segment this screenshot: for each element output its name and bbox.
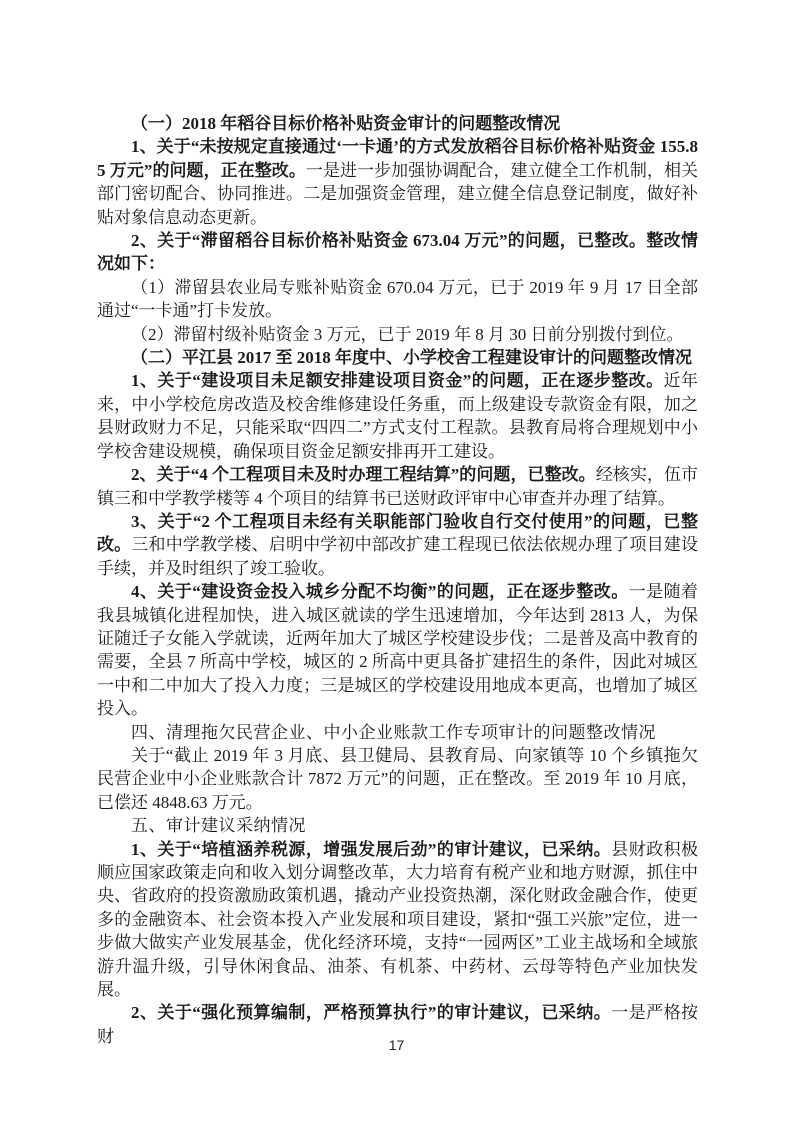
- text-segment: 县财政积极顺应国家政策走向和收入划分调整改革，大力培育有税产业和地方财源，抓住中…: [97, 840, 698, 999]
- text-segment: 一是随着我县城镇化进程加快，进入城区就读的学生迅速增加，今年达到 2813 人，…: [97, 582, 698, 718]
- paragraph-section-1-item-1: 1、关于“未按规定直接通过‘一卡通’的方式发放稻谷目标价格补贴资金 155.85…: [97, 135, 698, 229]
- paragraph-section-5-item-1: 1、关于“培植涵养税源，增强发展后劲”的审计建议，已采纳。县财政积极顺应国家政策…: [97, 838, 698, 1002]
- paragraph-section-2-item-2: 2、关于“4 个工程项目未及时办理工程结算”的问题，已整改。经核实，伍市镇三和中…: [97, 463, 698, 510]
- paragraph-section-2-item-4: 4、关于“建设资金投入城乡分配不均衡”的问题，正在逐步整改。一是随着我县城镇化进…: [97, 580, 698, 720]
- text-segment: （一）2018 年稻谷目标价格补贴资金审计的问题整改情况: [131, 114, 560, 133]
- paragraph-section-2-heading: （二）平江县 2017 至 2018 年度中、小学校舍工程建设审计的问题整改情况: [97, 346, 698, 369]
- text-segment: 2、关于“强化预算编制，严格预算执行”的审计建议，已采纳。: [131, 1003, 611, 1022]
- text-segment: 1、关于“培植涵养税源，增强发展后劲”的审计建议，已采纳。: [131, 840, 611, 859]
- text-segment: 2、关于“滞留稻谷目标价格补贴资金 673.04 万元”的问题，已整改。整改情况…: [97, 231, 698, 273]
- page-number: 17: [0, 1037, 793, 1053]
- paragraph-section-1-item-2-sub-1: （1）滞留县农业局专账补贴资金 670.04 万元，已于 2019 年 9 月 …: [97, 276, 698, 323]
- text-segment: （二）平江县 2017 至 2018 年度中、小学校舍工程建设审计的问题整改情况: [131, 348, 692, 367]
- text-segment: （1）滞留县农业局专账补贴资金 670.04 万元，已于 2019 年 9 月 …: [97, 278, 698, 320]
- text-segment: 五、审计建议采纳情况: [131, 816, 306, 835]
- document-page: （一）2018 年稻谷目标价格补贴资金审计的问题整改情况1、关于“未按规定直接通…: [0, 0, 793, 1122]
- text-segment: 四、清理拖欠民营企业、中小企业账款工作专项审计的问题整改情况: [131, 723, 656, 742]
- text-segment: 1、关于“建设项目未足额安排建设项目资金”的问题，正在逐步整改。: [131, 371, 664, 390]
- text-segment: 4、关于“建设资金投入城乡分配不均衡”的问题，正在逐步整改。: [131, 582, 629, 601]
- paragraph-section-1-heading: （一）2018 年稻谷目标价格补贴资金审计的问题整改情况: [97, 112, 698, 135]
- text-segment: 三和中学教学楼、启明中学初中部改扩建工程现已依法依规办理了项目建设手续，并及时组…: [97, 535, 698, 577]
- paragraph-section-1-item-2: 2、关于“滞留稻谷目标价格补贴资金 673.04 万元”的问题，已整改。整改情况…: [97, 229, 698, 276]
- text-segment: （2）滞留村级补贴资金 3 万元，已于 2019 年 8 月 30 日前分别拨付…: [131, 325, 684, 344]
- paragraph-section-2-item-3: 3、关于“2 个工程项目未经有关职能部门验收自行交付使用”的问题，已整改。三和中…: [97, 510, 698, 580]
- document-body: （一）2018 年稻谷目标价格补贴资金审计的问题整改情况1、关于“未按规定直接通…: [97, 112, 698, 1048]
- text-segment: 关于“截止 2019 年 3 月底、县卫健局、县教育局、向家镇等 10 个乡镇拖…: [97, 746, 698, 812]
- paragraph-section-2-item-1: 1、关于“建设项目未足额安排建设项目资金”的问题，正在逐步整改。近年来，中小学校…: [97, 369, 698, 463]
- paragraph-section-4-heading: 四、清理拖欠民营企业、中小企业账款工作专项审计的问题整改情况: [97, 721, 698, 744]
- text-segment: 2、关于“4 个工程项目未及时办理工程结算”的问题，已整改。: [131, 465, 596, 484]
- paragraph-section-1-item-2-sub-2: （2）滞留村级补贴资金 3 万元，已于 2019 年 8 月 30 日前分别拨付…: [97, 323, 698, 346]
- paragraph-section-4-item-1: 关于“截止 2019 年 3 月底、县卫健局、县教育局、向家镇等 10 个乡镇拖…: [97, 744, 698, 814]
- paragraph-section-5-heading: 五、审计建议采纳情况: [97, 814, 698, 837]
